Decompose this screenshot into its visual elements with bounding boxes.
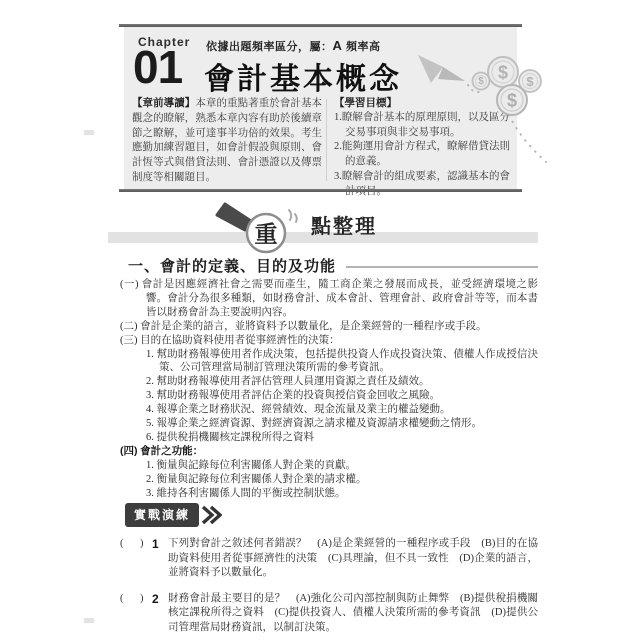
kp-text: 會計之功能： (140, 445, 203, 457)
question-text: 下列對會計之敘述何者錯誤？ (A)是企業經營的一種程序或手段 (B)目的在協助資… (168, 537, 538, 581)
kp-sub-num: 2. (146, 474, 154, 485)
frequency-suffix: 頻率高 (342, 41, 380, 53)
objective-num: 1. (334, 112, 342, 123)
question-list: ( ) 1 下列對會計之敘述何者錯誤？ (A)是企業經營的一種程序或手段 (B)… (120, 537, 538, 640)
kp-sub-num: 1. (146, 349, 154, 360)
chapter-preface: 【章前導讀】本章的重點著重於會計基本觀念的瞭解，熟悉本章內容有助於後續章節之瞭解… (132, 96, 322, 186)
kp-sub-num: 4. (146, 404, 154, 415)
section-heading-row: 一、會計的定義、目的及功能 (128, 255, 538, 276)
kp-sub-num: 1. (146, 460, 154, 471)
answer-blank: ( ) (120, 537, 152, 552)
objective-item: 1.瞭解會計基本的原理原則，以及區分交易事項與非交易事項。 (334, 111, 510, 141)
print-mark (84, 130, 94, 135)
frequency-prefix: 依據出題頻率區分，屬： (206, 41, 333, 53)
kp-subitem: 5. 報導企業之經濟資源、對經濟資源之請求權及資源請求權變動之情形。 (146, 417, 538, 431)
kp-subitem: 2. 衡量與記錄每位利害關係人對企業的請求權。 (146, 473, 538, 487)
kp-subitem: 1. 幫助財務報導使用者作成決策，包括提供投資人作成投資決策、債權人作成授信決策… (146, 348, 538, 376)
kp-subitem: 6. 提供稅捐機關核定課稅所得之資料 (146, 431, 538, 445)
kp-sub-num: 2. (146, 376, 154, 387)
objective-num: 3. (334, 171, 342, 182)
objectives-label: 【學習目標】 (334, 96, 510, 111)
svg-text:$: $ (526, 74, 534, 89)
kp-sub-text: 報導企業之經濟資源、對經濟資源之請求權及資源請求權變動之情形。 (157, 418, 483, 429)
kp-label: (一) (120, 279, 139, 290)
kp-label: (四) (120, 445, 138, 457)
objective-text: 瞭解會計基本的原理原則，以及區分交易事項與非交易事項。 (342, 112, 510, 138)
kp-subitem: 2. 幫助財務報導使用者評估管理人員運用資源之責任及績效。 (146, 375, 538, 389)
chapter-panel: Chapter 01 依據出題頻率區分，屬：A 頻率高 會計基本概念 【章前導讀… (124, 27, 517, 189)
kp-subitem: 3. 幫助財務報導使用者評估企業的投資與授信資金回收之風險。 (146, 389, 538, 403)
key-points-list: (一) 會計是因應經濟社會之需要而產生，隨工商企業之發展而成長，並受經濟環境之影… (120, 278, 538, 501)
preface-label: 【章前導讀】 (132, 97, 195, 109)
chapter-number: 01 (133, 44, 182, 90)
kp-sub-text: 幫助財務報導使用者評估管理人員運用資源之責任及績效。 (157, 376, 430, 387)
practice-badge: 實戰演練 (125, 503, 199, 527)
magnifier-icon: 重 (210, 198, 310, 256)
kp-text: 會計是企業的語言，並將資料予以數量化，是企業經營的一種程序或手段。 (140, 321, 487, 332)
answer-blank: ( ) (120, 592, 152, 607)
objective-text: 能夠運用會計方程式，瞭解借貸法則的意義。 (342, 141, 510, 167)
kp-sub-text: 幫助財務報導使用者評估企業的投資與授信資金回收之風險。 (157, 390, 441, 401)
section-title: 一、會計的定義、目的及功能 (128, 255, 336, 276)
question-row: ( ) 2 財務會計最主要目的是？ (A)強化公司內部控制與防止舞弊 (B)提供… (120, 592, 538, 636)
kp-sub-text: 衡量與記錄每位利害關係人對企業的貢獻。 (157, 460, 357, 471)
kp-sub-num: 3. (146, 488, 154, 499)
key-points-badge-char: 重 (255, 221, 278, 247)
kp-sub-text: 報導企業之財務狀況、經營績效、現金流量及業主的權益變動。 (157, 404, 451, 415)
kp-item: (二) 會計是企業的語言，並將資料予以數量化，是企業經營的一種程序或手段。 (120, 320, 538, 334)
question-number: 2 (152, 592, 168, 607)
frequency-grade: A (333, 38, 343, 53)
kp-item: (一) 會計是因應經濟社會之需要而產生，隨工商企業之發展而成長，並受經濟環境之影… (120, 278, 538, 320)
kp-subitem: 4. 報導企業之財務狀況、經營績效、現金流量及業主的權益變動。 (146, 403, 538, 417)
question-number: 1 (152, 537, 168, 552)
kp-text: 目的在協助資料使用者從事經濟性的決策： (140, 335, 340, 346)
question-text: 財務會計最主要目的是？ (A)強化公司內部控制與防止舞弊 (B)提供稅捐機關核定… (168, 592, 538, 636)
header-rule-bottom (119, 189, 522, 192)
kp-sub-text: 幫助財務報導使用者作成決策，包括提供投資人作成投資決策、債權人作成授信決策、公司… (157, 349, 538, 374)
kp-subitem: 1. 衡量與記錄每位利害關係人對企業的貢獻。 (146, 459, 538, 473)
kp-text: 會計是因應經濟社會之需要而產生，隨工商企業之發展而成長，並受經濟環境之影響。會計… (142, 279, 538, 318)
textbook-page: Chapter 01 依據出題頻率區分，屬：A 頻率高 會計基本概念 【章前導讀… (0, 0, 640, 640)
double-chevron-icon (200, 505, 222, 525)
learning-objectives: 【學習目標】 1.瞭解會計基本的原理原則，以及區分交易事項與非交易事項。 2.能… (334, 96, 510, 200)
objective-item: 3.瞭解會計的組成要素，認識基本的會計項目。 (334, 170, 510, 200)
dollar-coin-icon: $ (519, 70, 541, 92)
frequency-note: 依據出題頻率區分，屬：A 頻率高 (206, 38, 380, 54)
preface-text: 本章的重點著重於會計基本觀念的瞭解，熟悉本章內容有助於後續章節之瞭解，並可達事半… (132, 98, 322, 183)
practice-header: 實戰演練 (125, 503, 222, 527)
kp-subitem: 3. 維持各利害關係人間的平衡或控制狀態。 (146, 487, 538, 501)
section-rule (346, 266, 538, 268)
question-row: ( ) 1 下列對會計之敘述何者錯誤？ (A)是企業經營的一種程序或手段 (B)… (120, 537, 538, 581)
column-divider (326, 99, 327, 181)
kp-label: (三) (120, 335, 138, 346)
objective-num: 2. (334, 141, 342, 152)
kp-sub-text: 衡量與記錄每位利害關係人對企業的請求權。 (157, 474, 367, 485)
kp-item: (三) 目的在協助資料使用者從事經濟性的決策： (120, 334, 538, 348)
kp-sub-num: 3. (146, 390, 154, 401)
chapter-title: 會計基本概念 (204, 54, 402, 98)
objective-text: 瞭解會計的組成要素，認識基本的會計項目。 (342, 171, 510, 197)
objective-item: 2.能夠運用會計方程式，瞭解借貸法則的意義。 (334, 140, 510, 170)
kp-sub-text: 提供稅捐機關核定課稅所得之資料 (157, 432, 315, 443)
kp-sub-text: 維持各利害關係人間的平衡或控制狀態。 (157, 488, 346, 499)
kp-item: (四) 會計之功能： (120, 445, 538, 459)
key-points-title: 點整理 (311, 210, 377, 239)
print-mark (84, 618, 94, 623)
kp-sub-num: 6. (146, 432, 154, 443)
kp-label: (二) (120, 321, 138, 332)
kp-sub-num: 5. (146, 418, 154, 429)
